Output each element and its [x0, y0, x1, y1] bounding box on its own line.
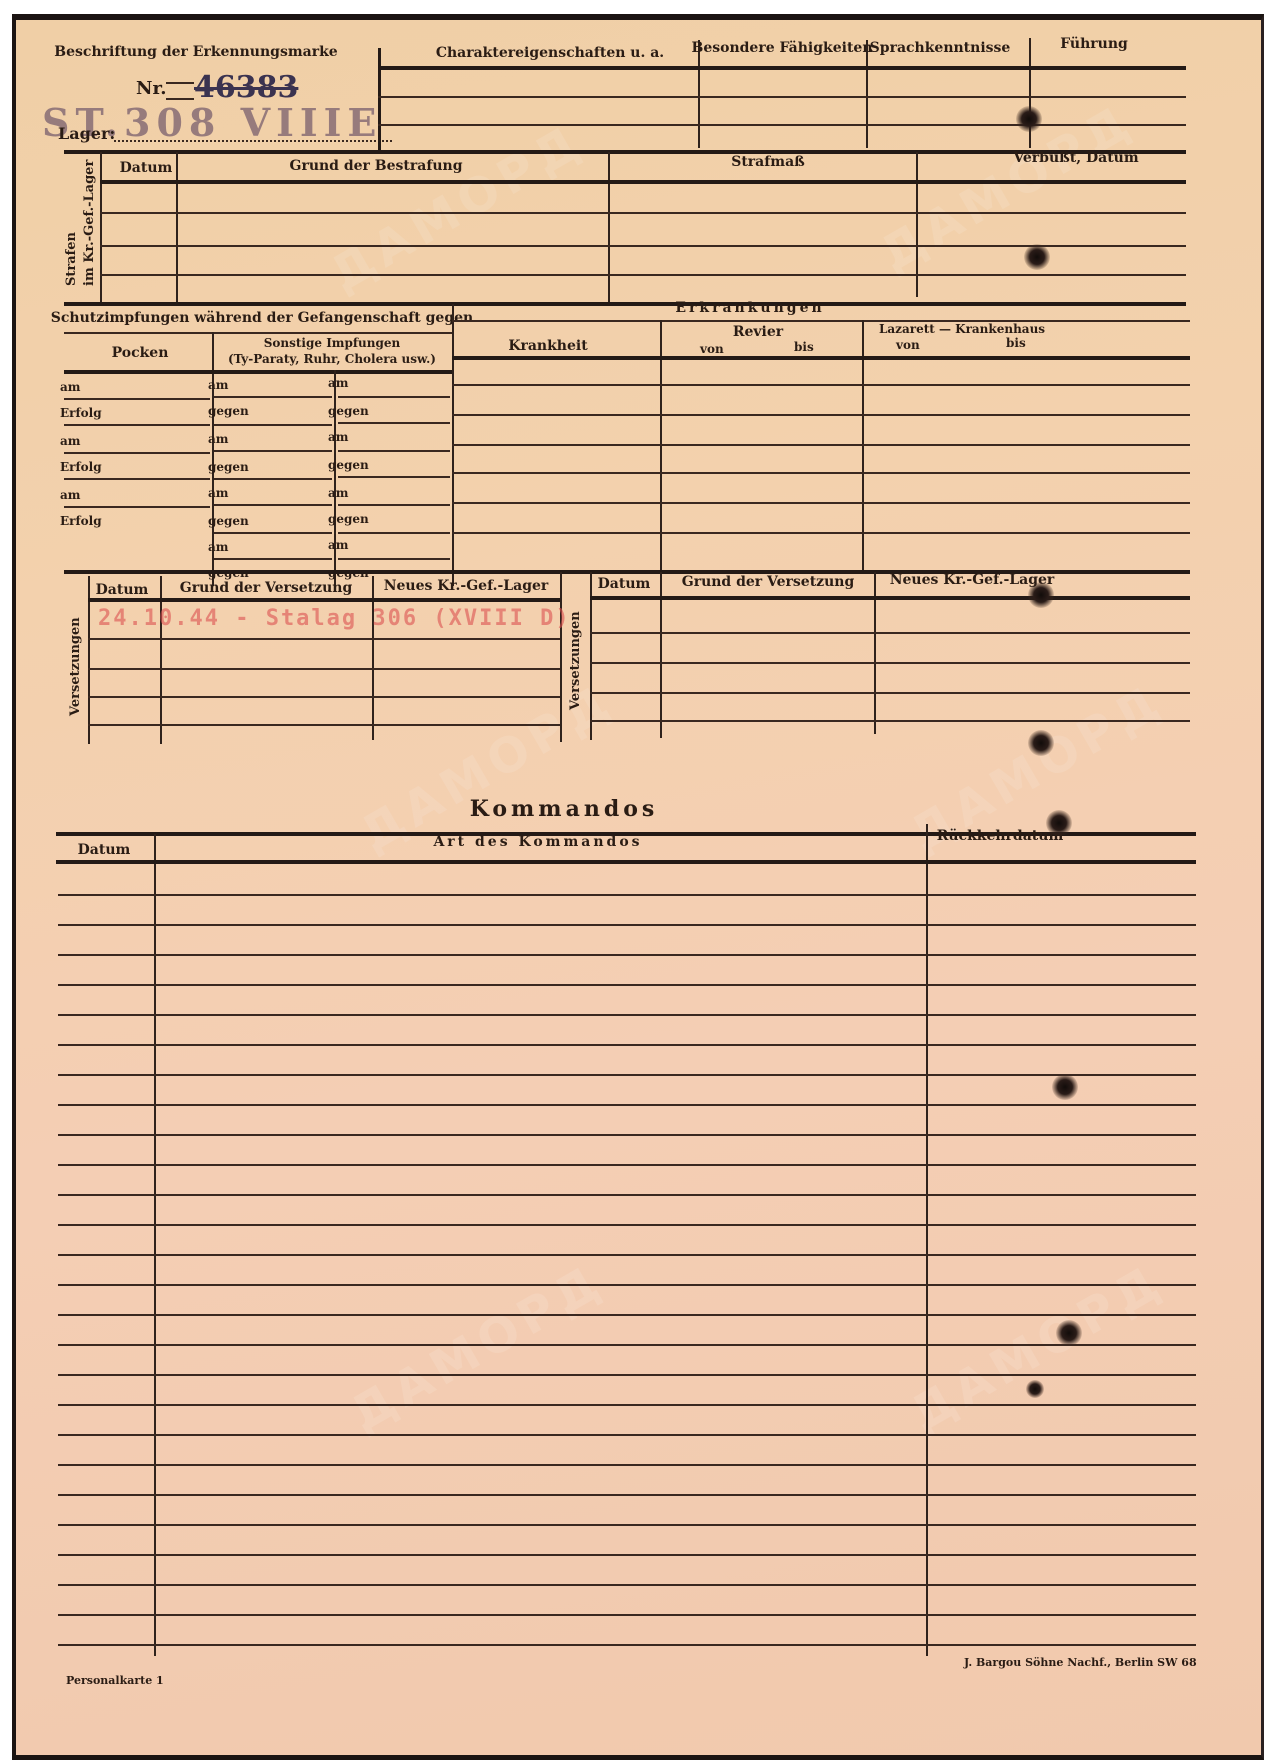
col-abilities: Besondere Fähigkeiten — [691, 40, 872, 56]
row-line[interactable] — [452, 472, 1190, 474]
transfer-stamp: 24.10.44 - Stalag 306 (XVIII D) — [98, 606, 571, 631]
personnel-card: ДАМОРД ДАМОРД ДАМОРД ДАМОРД ДАМОРД ДАМОР… — [12, 14, 1264, 1760]
punch-hole — [1016, 106, 1042, 132]
row-line[interactable] — [58, 1284, 1196, 1286]
row-line[interactable] — [88, 668, 560, 670]
row-line[interactable] — [58, 1404, 1196, 1406]
row-line[interactable] — [452, 414, 1190, 416]
divider — [608, 152, 610, 302]
watermark: ДАМОРД — [901, 1253, 1174, 1443]
col-new-camp: Neues Kr.-Gef.-Lager — [384, 578, 549, 594]
watermark: ДАМОРД — [871, 93, 1144, 283]
row-line[interactable] — [452, 532, 1190, 534]
row-line[interactable] — [100, 212, 1186, 214]
row-line[interactable] — [452, 384, 1190, 386]
pocken-row: am — [60, 434, 80, 448]
row-line[interactable] — [64, 424, 210, 426]
kommandos-title: Kommandos — [470, 796, 659, 822]
other-row-a: am — [208, 486, 228, 500]
other-row-a: am — [208, 540, 228, 554]
row-line[interactable] — [58, 1524, 1196, 1526]
header-rule — [452, 356, 1190, 360]
row-line[interactable] — [58, 1254, 1196, 1256]
row-line[interactable] — [58, 924, 1196, 926]
col-date: Datum — [120, 160, 173, 176]
divider — [698, 40, 700, 148]
row-line[interactable] — [58, 1134, 1196, 1136]
punishments-side-label-2: im Kr.-Gef.-Lager — [82, 166, 97, 286]
col-conduct: Führung — [1060, 36, 1128, 52]
row-line[interactable] — [88, 638, 560, 640]
form-name: Personalkarte 1 — [66, 1674, 164, 1687]
col-kommando-type: Art des Kommandos — [433, 834, 642, 850]
other-row-a: gegen — [208, 460, 249, 474]
row-line[interactable] — [214, 478, 332, 480]
lager-dotted-line[interactable] — [114, 140, 392, 142]
divider — [176, 152, 178, 302]
col-return-date: Rückkehrdatum — [937, 828, 1064, 844]
row-line[interactable] — [590, 632, 1190, 634]
row-line[interactable] — [590, 720, 1190, 722]
col-reason: Grund der Bestrafung — [289, 158, 462, 174]
row-line[interactable] — [58, 1464, 1196, 1466]
row-line[interactable] — [378, 124, 1186, 126]
row-line[interactable] — [58, 954, 1196, 956]
pocken-row: Erfolg — [60, 460, 102, 474]
pocken-row: Erfolg — [60, 514, 102, 528]
other-row-a: gegen — [208, 404, 249, 418]
header-rule — [378, 66, 1186, 70]
col-date: Datum — [96, 582, 149, 598]
row-line[interactable] — [58, 1494, 1196, 1496]
row-line[interactable] — [338, 450, 450, 452]
header-rule — [56, 860, 1196, 864]
other-row-b: gegen — [328, 512, 369, 526]
col-illness: Krankheit — [508, 338, 587, 354]
row-line[interactable] — [338, 476, 450, 478]
row-line[interactable] — [64, 398, 210, 400]
col-new-camp: Neues Kr.-Gef.-Lager — [890, 572, 1055, 588]
divider — [866, 40, 868, 148]
lager-label: Lager: — [58, 124, 115, 143]
col-pocken: Pocken — [112, 345, 169, 361]
other-row-b: am — [328, 486, 348, 500]
row-line[interactable] — [100, 274, 1186, 276]
col-sentence: Strafmaß — [731, 154, 805, 170]
header-rule — [100, 180, 1186, 184]
col-date: Datum — [598, 576, 651, 592]
col-date: Datum — [78, 842, 131, 858]
row-line[interactable] — [58, 1164, 1196, 1166]
row-line[interactable] — [58, 1014, 1196, 1016]
row-line[interactable] — [58, 894, 1196, 896]
header-rule — [590, 596, 1190, 600]
pocken-row: am — [60, 380, 80, 394]
row-line[interactable] — [58, 1314, 1196, 1316]
col-transfer-reason: Grund der Versetzung — [682, 574, 855, 590]
row-line[interactable] — [58, 1434, 1196, 1436]
other-row-b: gegen — [328, 404, 369, 418]
punch-hole — [1046, 810, 1072, 836]
other-row-b: am — [328, 430, 348, 444]
row-line[interactable] — [58, 1344, 1196, 1346]
other-row-b: gegen — [328, 458, 369, 472]
row-line[interactable] — [88, 724, 560, 726]
illnesses-title: Erkrankungen — [675, 300, 824, 316]
nr-label: Nr. — [136, 78, 167, 99]
col-revier: Revier — [733, 324, 783, 340]
header-rule — [64, 370, 452, 374]
row-line[interactable] — [58, 1074, 1196, 1076]
other-row-a: gegen — [208, 514, 249, 528]
punch-hole — [1028, 730, 1054, 756]
watermark: ДАМОРД — [341, 1253, 614, 1443]
pocken-row: am — [60, 488, 80, 502]
row-line[interactable] — [58, 1104, 1196, 1106]
row-line[interactable] — [338, 504, 450, 506]
revier-from: von — [700, 342, 724, 356]
row-line[interactable] — [64, 452, 210, 454]
row-line[interactable] — [590, 692, 1190, 694]
pocken-row: Erfolg — [60, 406, 102, 420]
row-line[interactable] — [214, 450, 332, 452]
punch-hole — [1052, 1074, 1078, 1100]
col-served-date: Verbüßt, Datum — [1013, 150, 1138, 166]
transfers-side-label: Versetzungen — [68, 616, 83, 716]
row-line[interactable] — [214, 504, 332, 506]
row-line[interactable] — [58, 1224, 1196, 1226]
vaccinations-title: Schutzimpfungen während der Gefangenscha… — [51, 310, 473, 326]
other-row-b: am — [328, 376, 348, 390]
other-row-a: am — [208, 378, 228, 392]
row-line[interactable] — [64, 478, 210, 480]
punch-hole — [1056, 1320, 1082, 1346]
punishments-side-label-1: Strafen — [64, 166, 79, 286]
row-line[interactable] — [64, 506, 210, 508]
row-line[interactable] — [100, 245, 1186, 247]
col-hospital: Lazarett — Krankenhaus — [879, 322, 1045, 336]
row-line[interactable] — [378, 96, 1186, 98]
divider — [154, 834, 156, 1656]
hospital-from: von — [896, 338, 920, 352]
tag-label: Beschriftung der Erkennungsmarke — [54, 44, 337, 60]
row-line[interactable] — [58, 1584, 1196, 1586]
row-line[interactable] — [58, 1644, 1196, 1646]
row-line[interactable] — [338, 422, 450, 424]
divider — [334, 370, 336, 586]
hospital-to: bis — [1006, 336, 1026, 350]
divider — [926, 824, 928, 1656]
row-line[interactable] — [58, 1194, 1196, 1196]
row-line[interactable] — [590, 662, 1190, 664]
row-line[interactable] — [58, 1614, 1196, 1616]
row-line[interactable] — [58, 984, 1196, 986]
nr-rule — [166, 82, 194, 100]
header-rule — [88, 598, 560, 602]
divider — [100, 152, 102, 302]
row-line[interactable] — [214, 424, 332, 426]
printer-imprint: J. Bargou Söhne Nachf., Berlin SW 68 — [964, 1656, 1197, 1669]
row-line[interactable] — [338, 558, 450, 560]
col-languages: Sprachkenntnisse — [870, 40, 1011, 56]
col-other-vaccinations-sub: (Ty-Paraty, Ruhr, Cholera usw.) — [228, 352, 436, 366]
punch-hole — [1024, 244, 1050, 270]
other-row-b: am — [328, 538, 348, 552]
header-rule — [64, 332, 452, 334]
divider — [560, 572, 562, 742]
divider — [378, 48, 381, 152]
row-line[interactable] — [58, 1044, 1196, 1046]
row-line[interactable] — [58, 1554, 1196, 1556]
col-character: Charaktereigenschaften u. a. — [436, 45, 664, 61]
other-row-a: am — [208, 432, 228, 446]
punch-hole — [1026, 1380, 1044, 1398]
row-line[interactable] — [214, 532, 332, 534]
revier-to: bis — [794, 340, 814, 354]
col-transfer-reason: Grund der Versetzung — [180, 580, 353, 596]
punch-hole — [1028, 582, 1054, 608]
row-line[interactable] — [452, 444, 1190, 446]
header-rule — [452, 320, 1190, 322]
row-line[interactable] — [452, 502, 1190, 504]
row-line[interactable] — [214, 396, 332, 398]
section-rule — [64, 302, 1186, 306]
row-line[interactable] — [338, 396, 450, 398]
transfers-side-label: Versetzungen — [568, 610, 583, 710]
row-line[interactable] — [338, 532, 450, 534]
row-line[interactable] — [214, 558, 332, 560]
row-line[interactable] — [88, 696, 560, 698]
row-line[interactable] — [58, 1374, 1196, 1376]
col-other-vaccinations: Sonstige Impfungen — [264, 336, 401, 350]
